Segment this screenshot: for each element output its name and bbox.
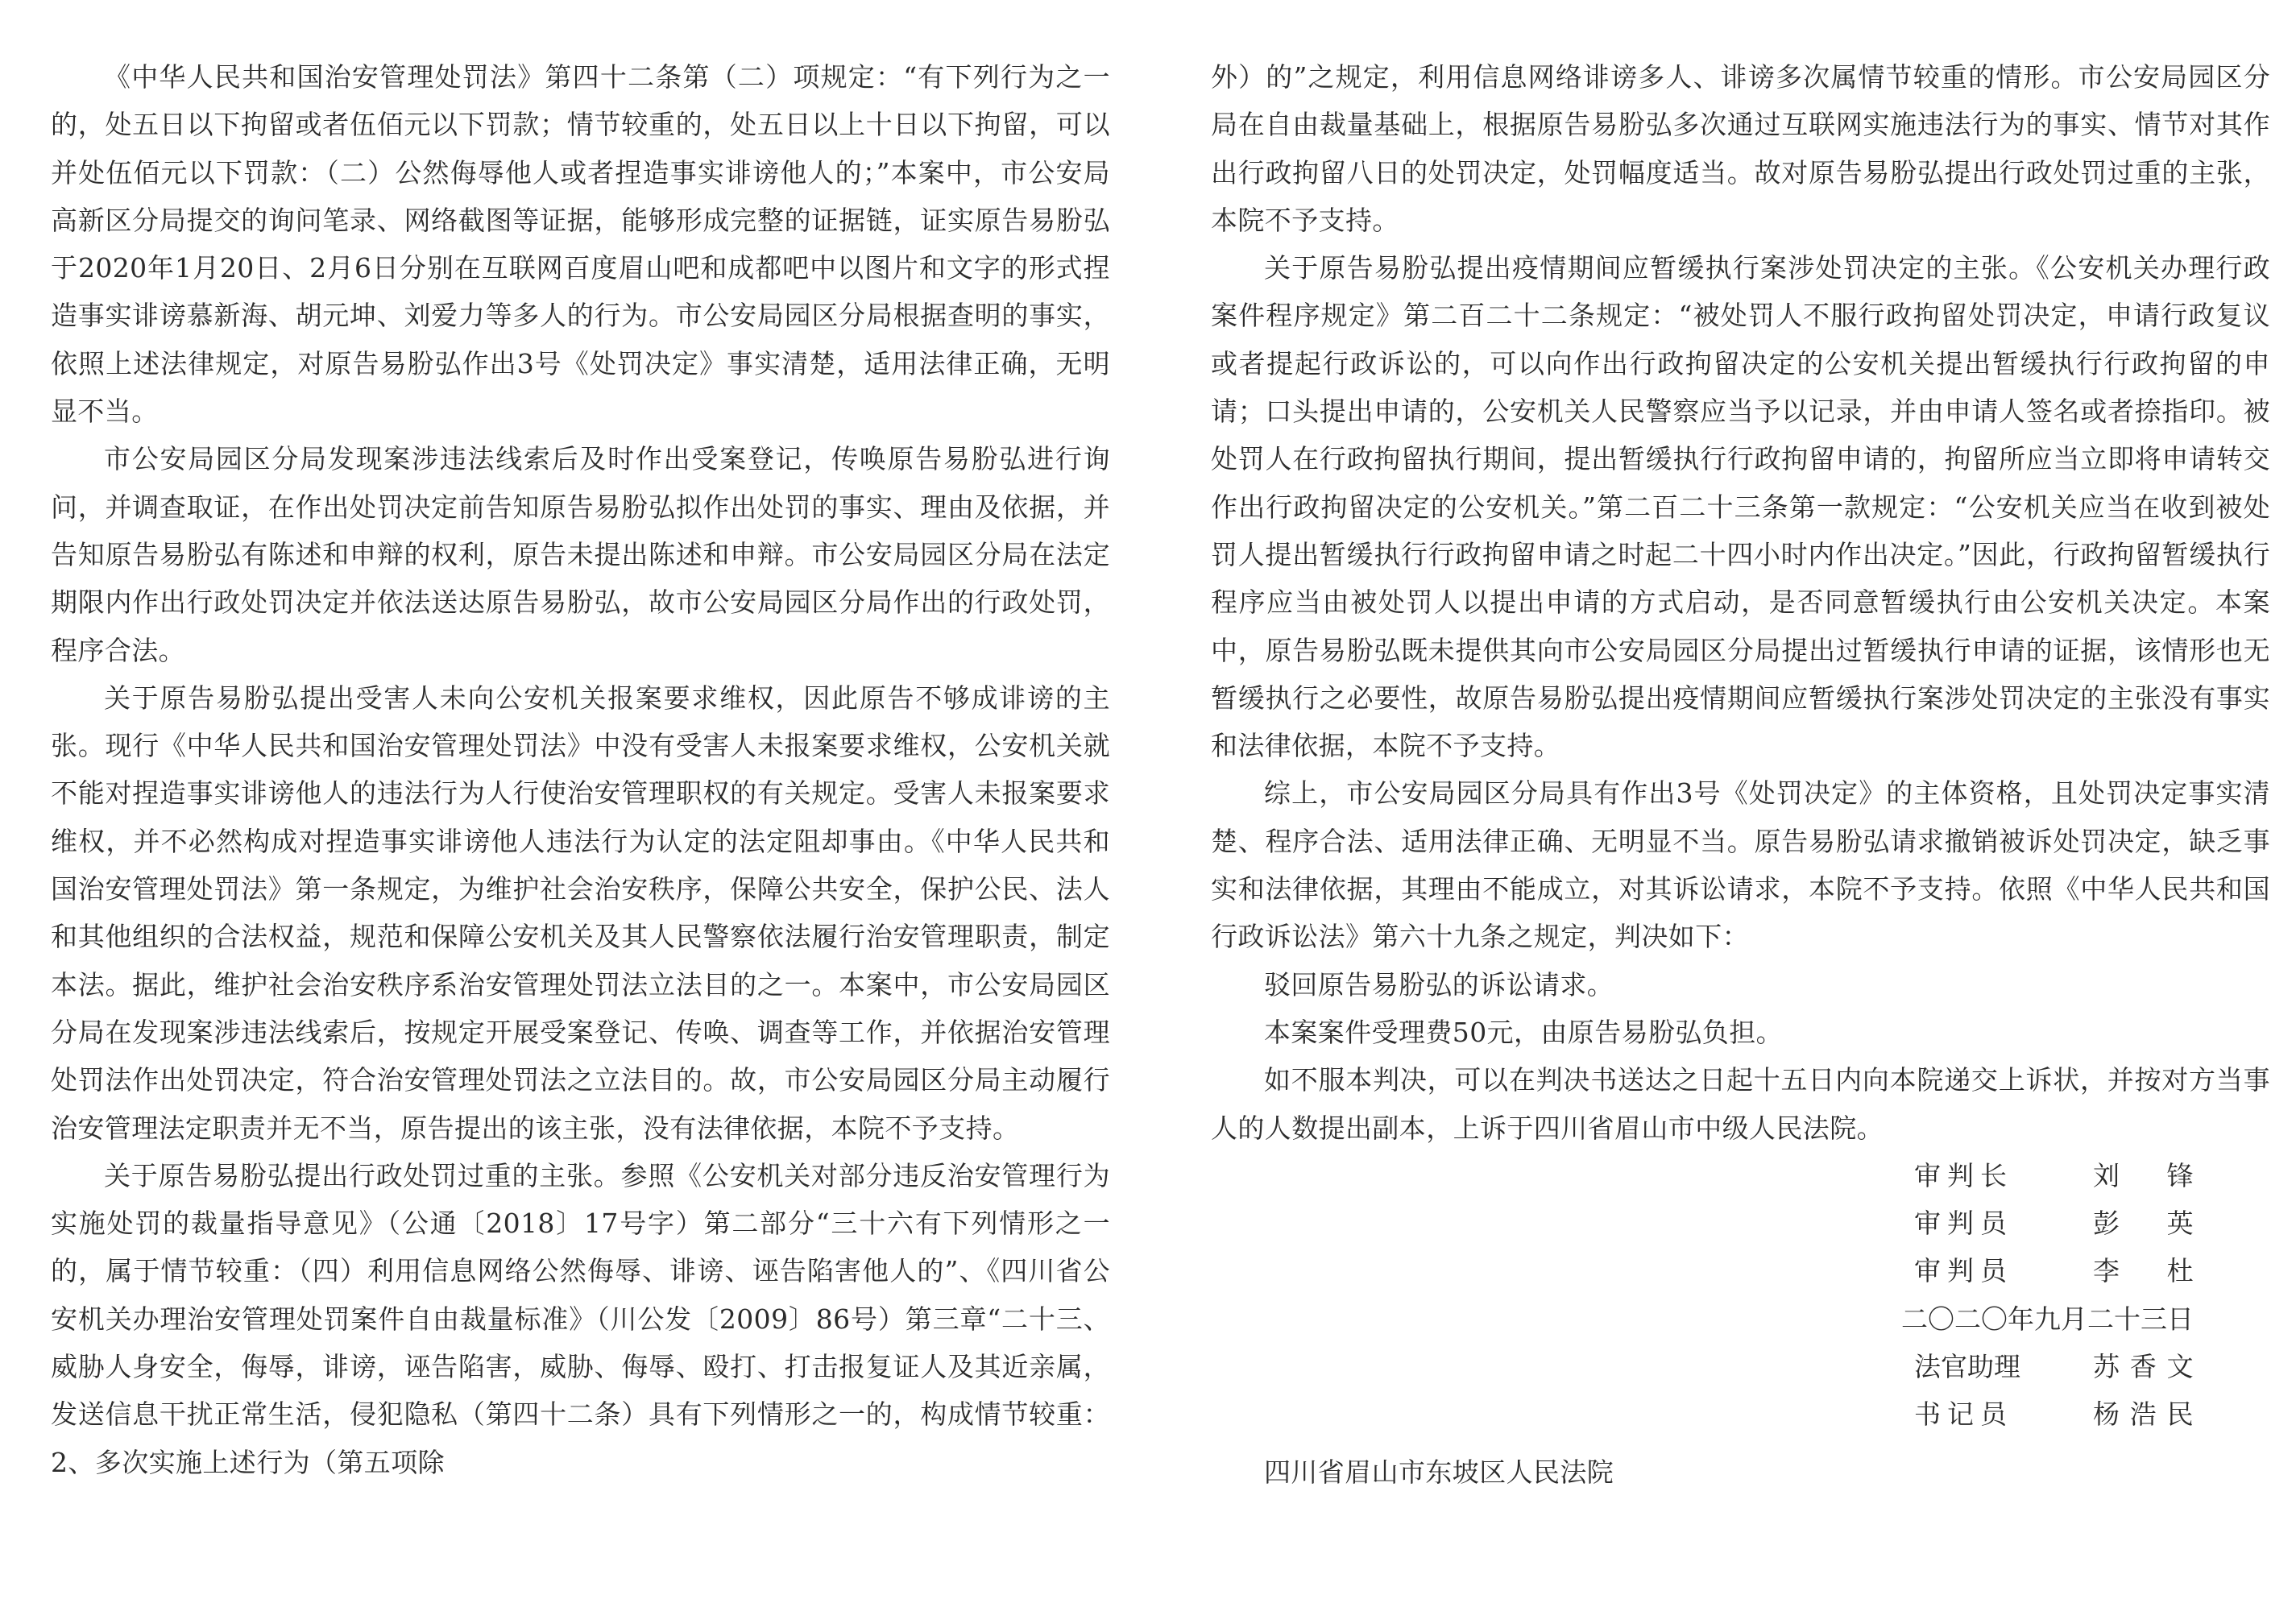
signature-judge-2: 审判员 李 杜 — [1211, 1247, 2194, 1295]
signature-name: 李 杜 — [2093, 1247, 2194, 1295]
signature-name: 刘 锋 — [2093, 1152, 2194, 1199]
right-page: 外）的”之规定，利用信息网络诽谤多人、诽谤多次属情节较重的情形。市公安局园区分局… — [1211, 53, 2270, 1496]
signature-role: 书记员 — [1914, 1390, 2035, 1438]
paragraph-penalty-severity-claim: 关于原告易肦弘提出行政处罚过重的主张。参照《公安机关对部分违反治安管理行为实施处… — [51, 1152, 1110, 1486]
judgment-fee: 本案案件受理费50元，由原告易肦弘负担。 — [1211, 1009, 2270, 1056]
signature-block: 审判长 刘 锋 审判员 彭 英 审判员 李 杜 二〇二〇年九月二十三日 法官助理… — [1211, 1152, 2194, 1439]
paragraph-conclusion: 综上，市公安局园区分局具有作出3号《处罚决定》的主体资格，且处罚决定事实清楚、程… — [1211, 769, 2270, 960]
signature-name: 苏香文 — [2093, 1343, 2194, 1390]
signature-role: 审判员 — [1914, 1199, 2035, 1247]
paragraph-suspension-claim: 关于原告易肦弘提出疫情期间应暂缓执行案涉处罚决定的主张。《公安机关办理行政案件程… — [1211, 244, 2270, 769]
signature-presiding-judge: 审判长 刘 锋 — [1211, 1152, 2194, 1199]
court-name: 四川省眉山市东坡区人民法院 — [1211, 1448, 2270, 1496]
paragraph-procedure-legality: 市公安局园区分局发现案涉违法线索后及时作出受案登记，传唤原告易肦弘进行询问，并调… — [51, 435, 1110, 673]
signature-clerk: 书记员 杨浩民 — [1211, 1390, 2194, 1438]
paragraph-continuation: 外）的”之规定，利用信息网络诽谤多人、诽谤多次属情节较重的情形。市公安局园区分局… — [1211, 53, 2270, 244]
appeal-notice: 如不服本判决，可以在判决书送达之日起十五日内向本院递交上诉状，并按对方当事人的人… — [1211, 1056, 2270, 1152]
signature-name: 彭 英 — [2093, 1199, 2194, 1247]
judgment-date: 二〇二〇年九月二十三日 — [1211, 1295, 2194, 1343]
signature-judge-assistant: 法官助理 苏香文 — [1211, 1343, 2194, 1390]
signature-role: 审判员 — [1914, 1247, 2035, 1295]
paragraph-victim-report-claim: 关于原告易肦弘提出受害人未向公安机关报案要求维权，因此原告不够成诽谤的主张。现行… — [51, 674, 1110, 1152]
paragraph-law-article-42: 《中华人民共和国治安管理处罚法》第四十二条第（二）项规定：“有下列行为之一的，处… — [51, 53, 1110, 435]
signature-role: 审判长 — [1914, 1152, 2035, 1199]
left-page: 《中华人民共和国治安管理处罚法》第四十二条第（二）项规定：“有下列行为之一的，处… — [51, 53, 1110, 1486]
signature-role: 法官助理 — [1914, 1343, 2035, 1390]
signature-name: 杨浩民 — [2093, 1390, 2194, 1438]
judgment-ruling: 驳回原告易肦弘的诉讼请求。 — [1211, 961, 2270, 1009]
signature-judge-1: 审判员 彭 英 — [1211, 1199, 2194, 1247]
judgment-date-text: 二〇二〇年九月二十三日 — [1901, 1295, 2194, 1343]
